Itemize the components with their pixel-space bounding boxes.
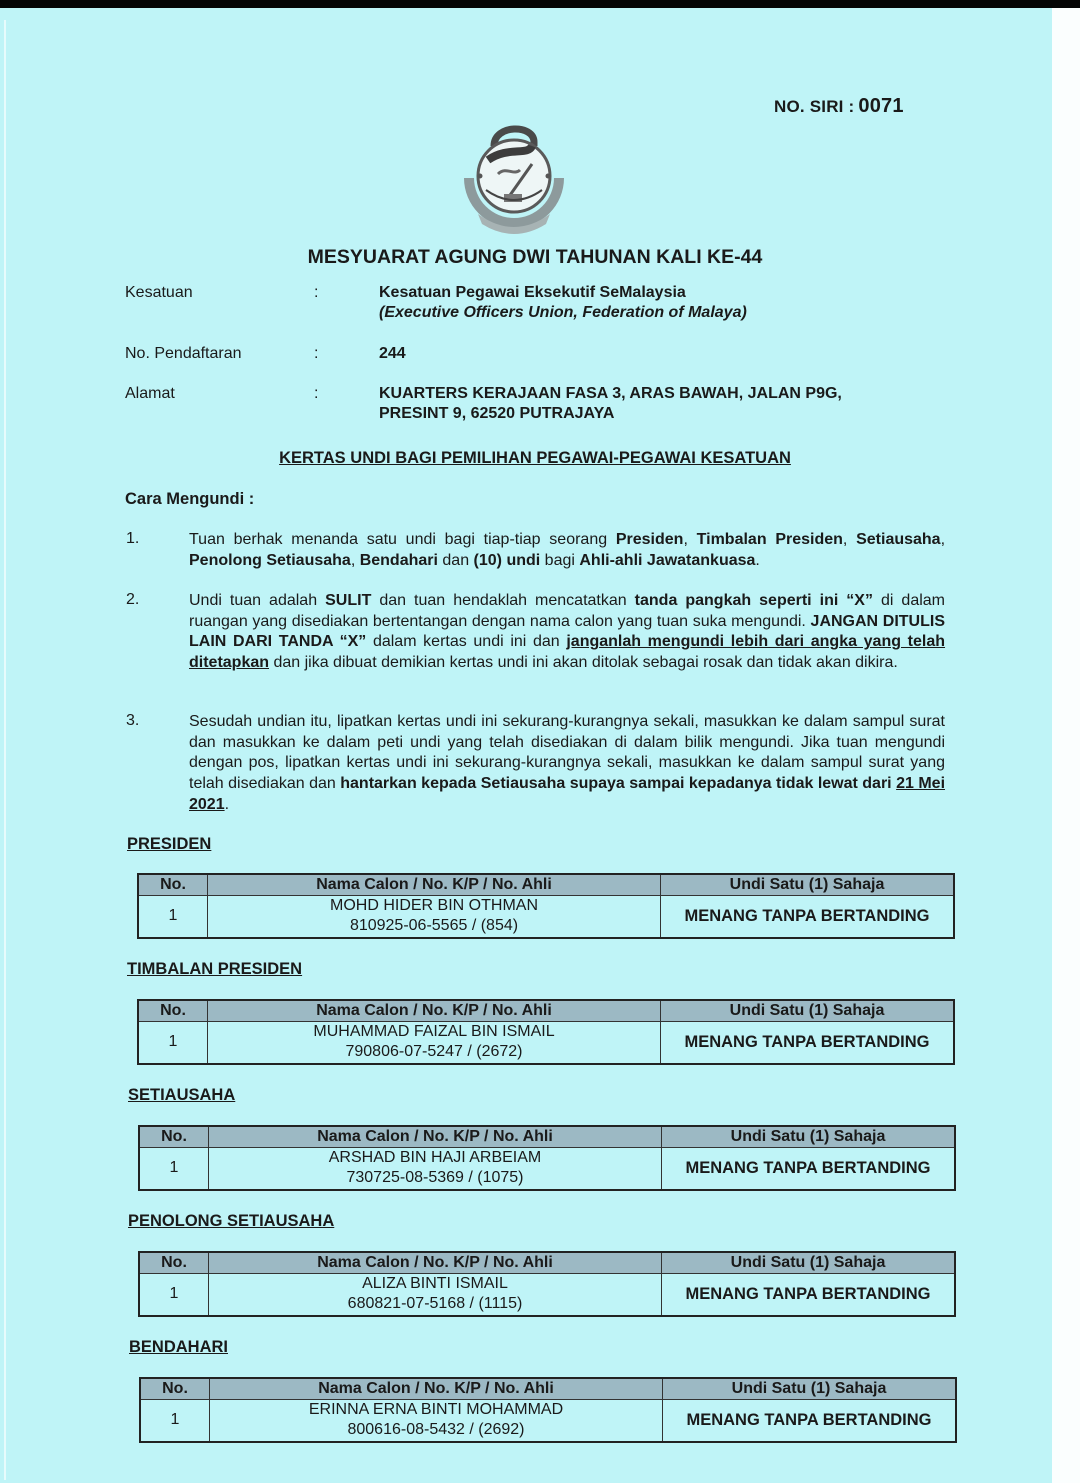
header-name: Nama Calon / No. K/P / No. Ahli bbox=[208, 874, 661, 896]
candidate-table: No.Nama Calon / No. K/P / No. AhliUndi S… bbox=[139, 1377, 957, 1443]
candidate-table: No.Nama Calon / No. K/P / No. AhliUndi S… bbox=[137, 999, 955, 1065]
candidate-id: 800616-08-5432 / (2692) bbox=[210, 1420, 662, 1440]
address-line-1: KUARTERS KERAJAAN FASA 3, ARAS BAWAH, JA… bbox=[379, 384, 842, 404]
instruction-text: Sesudah undian itu, lipatkan kertas undi… bbox=[189, 712, 945, 816]
serial-value: 0071 bbox=[858, 95, 903, 117]
table-row: 1ARSHAD BIN HAJI ARBEIAM730725-08-5369 /… bbox=[139, 1148, 955, 1190]
table-header-row: No.Nama Calon / No. K/P / No. AhliUndi S… bbox=[139, 1252, 955, 1274]
candidate-table: No.Nama Calon / No. K/P / No. AhliUndi S… bbox=[137, 873, 955, 939]
candidate-id: 810925-06-5565 / (854) bbox=[208, 916, 660, 936]
registration-colon: : bbox=[314, 345, 318, 363]
position-title: PRESIDEN bbox=[127, 835, 211, 854]
instruction-number: 1. bbox=[126, 530, 139, 548]
vote-status[interactable]: MENANG TANPA BERTANDING bbox=[661, 896, 955, 938]
header-name: Nama Calon / No. K/P / No. Ahli bbox=[209, 1252, 662, 1274]
scan-top-border bbox=[0, 0, 1080, 8]
candidate-name: ARSHAD BIN HAJI ARBEIAM bbox=[209, 1148, 661, 1168]
instruction-text: Tuan berhak menanda satu undi bagi tiap-… bbox=[189, 530, 945, 571]
table-row: 1ALIZA BINTI ISMAIL680821-07-5168 / (111… bbox=[139, 1274, 955, 1316]
scan-left-edge bbox=[4, 20, 6, 1480]
serial-label: NO. SIRI : bbox=[774, 97, 854, 116]
instructions-heading: Cara Mengundi : bbox=[125, 490, 254, 509]
candidate-no: 1 bbox=[138, 896, 208, 938]
header-no: No. bbox=[138, 1000, 208, 1022]
table-header-row: No.Nama Calon / No. K/P / No. AhliUndi S… bbox=[138, 874, 954, 896]
candidate-details: ARSHAD BIN HAJI ARBEIAM730725-08-5369 / … bbox=[209, 1148, 662, 1190]
header-no: No. bbox=[138, 874, 208, 896]
table-row: 1MUHAMMAD FAIZAL BIN ISMAIL790806-07-524… bbox=[138, 1022, 954, 1064]
candidate-details: ERINNA ERNA BINTI MOHAMMAD800616-08-5432… bbox=[210, 1400, 663, 1442]
candidate-details: ALIZA BINTI ISMAIL680821-07-5168 / (1115… bbox=[209, 1274, 662, 1316]
registration-value: 244 bbox=[379, 344, 406, 364]
candidate-id: 790806-07-5247 / (2672) bbox=[208, 1042, 660, 1062]
instruction-number: 3. bbox=[126, 712, 139, 730]
vote-status[interactable]: MENANG TANPA BERTANDING bbox=[661, 1022, 955, 1064]
position-title: BENDAHARI bbox=[129, 1338, 228, 1357]
table-header-row: No.Nama Calon / No. K/P / No. AhliUndi S… bbox=[139, 1126, 955, 1148]
document-title: MESYUARAT AGUNG DWI TAHUNAN KALI KE-44 bbox=[0, 246, 1070, 269]
header-name: Nama Calon / No. K/P / No. Ahli bbox=[208, 1000, 661, 1022]
candidate-id: 730725-08-5369 / (1075) bbox=[209, 1168, 661, 1188]
header-name: Nama Calon / No. K/P / No. Ahli bbox=[209, 1126, 662, 1148]
candidate-table: No.Nama Calon / No. K/P / No. AhliUndi S… bbox=[138, 1125, 956, 1191]
header-vote: Undi Satu (1) Sahaja bbox=[662, 1126, 956, 1148]
header-vote: Undi Satu (1) Sahaja bbox=[662, 1252, 956, 1274]
table-header-row: No.Nama Calon / No. K/P / No. AhliUndi S… bbox=[140, 1378, 956, 1400]
candidate-details: MOHD HIDER BIN OTHMAN810925-06-5565 / (8… bbox=[208, 896, 661, 938]
table-row: 1ERINNA ERNA BINTI MOHAMMAD800616-08-543… bbox=[140, 1400, 956, 1442]
header-vote: Undi Satu (1) Sahaja bbox=[661, 874, 955, 896]
position-title: SETIAUSAHA bbox=[128, 1086, 235, 1105]
header-no: No. bbox=[139, 1252, 209, 1274]
address-value: KUARTERS KERAJAAN FASA 3, ARAS BAWAH, JA… bbox=[379, 384, 842, 424]
candidate-table: No.Nama Calon / No. K/P / No. AhliUndi S… bbox=[138, 1251, 956, 1317]
ballot-title: KERTAS UNDI BAGI PEMILIHAN PEGAWAI-PEGAW… bbox=[0, 449, 1070, 468]
candidate-no: 1 bbox=[138, 1022, 208, 1064]
header-name: Nama Calon / No. K/P / No. Ahli bbox=[210, 1378, 663, 1400]
registration-label: No. Pendaftaran bbox=[125, 345, 242, 363]
candidate-no: 1 bbox=[139, 1148, 209, 1190]
candidate-name: ERINNA ERNA BINTI MOHAMMAD bbox=[210, 1400, 662, 1420]
serial-number: NO. SIRI :0071 bbox=[774, 95, 904, 118]
vote-status[interactable]: MENANG TANPA BERTANDING bbox=[662, 1148, 956, 1190]
position-title: PENOLONG SETIAUSAHA bbox=[128, 1212, 334, 1231]
union-name-english: (Executive Officers Union, Federation of… bbox=[379, 303, 747, 323]
union-value: Kesatuan Pegawai Eksekutif SeMalaysia (E… bbox=[379, 283, 747, 323]
candidate-details: MUHAMMAD FAIZAL BIN ISMAIL790806-07-5247… bbox=[208, 1022, 661, 1064]
scan-right-margin bbox=[1052, 8, 1080, 1483]
union-crest-logo-icon bbox=[458, 116, 570, 236]
union-label: Kesatuan bbox=[125, 284, 193, 302]
candidate-no: 1 bbox=[139, 1274, 209, 1316]
union-name: Kesatuan Pegawai Eksekutif SeMalaysia bbox=[379, 284, 686, 301]
vote-status[interactable]: MENANG TANPA BERTANDING bbox=[663, 1400, 957, 1442]
address-line-2: PRESINT 9, 62520 PUTRAJAYA bbox=[379, 404, 842, 424]
candidate-name: MUHAMMAD FAIZAL BIN ISMAIL bbox=[208, 1022, 660, 1042]
candidate-id: 680821-07-5168 / (1115) bbox=[209, 1294, 661, 1314]
instruction-text: Undi tuan adalah SULIT dan tuan hendakla… bbox=[189, 591, 945, 674]
candidate-name: MOHD HIDER BIN OTHMAN bbox=[208, 896, 660, 916]
union-colon: : bbox=[314, 284, 318, 302]
vote-status[interactable]: MENANG TANPA BERTANDING bbox=[662, 1274, 956, 1316]
header-vote: Undi Satu (1) Sahaja bbox=[663, 1378, 957, 1400]
address-colon: : bbox=[314, 385, 318, 403]
table-header-row: No.Nama Calon / No. K/P / No. AhliUndi S… bbox=[138, 1000, 954, 1022]
header-no: No. bbox=[139, 1126, 209, 1148]
candidate-no: 1 bbox=[140, 1400, 210, 1442]
table-row: 1MOHD HIDER BIN OTHMAN810925-06-5565 / (… bbox=[138, 896, 954, 938]
header-vote: Undi Satu (1) Sahaja bbox=[661, 1000, 955, 1022]
address-label: Alamat bbox=[125, 385, 175, 403]
header-no: No. bbox=[140, 1378, 210, 1400]
instruction-number: 2. bbox=[126, 591, 139, 609]
candidate-name: ALIZA BINTI ISMAIL bbox=[209, 1274, 661, 1294]
position-title: TIMBALAN PRESIDEN bbox=[127, 960, 302, 979]
